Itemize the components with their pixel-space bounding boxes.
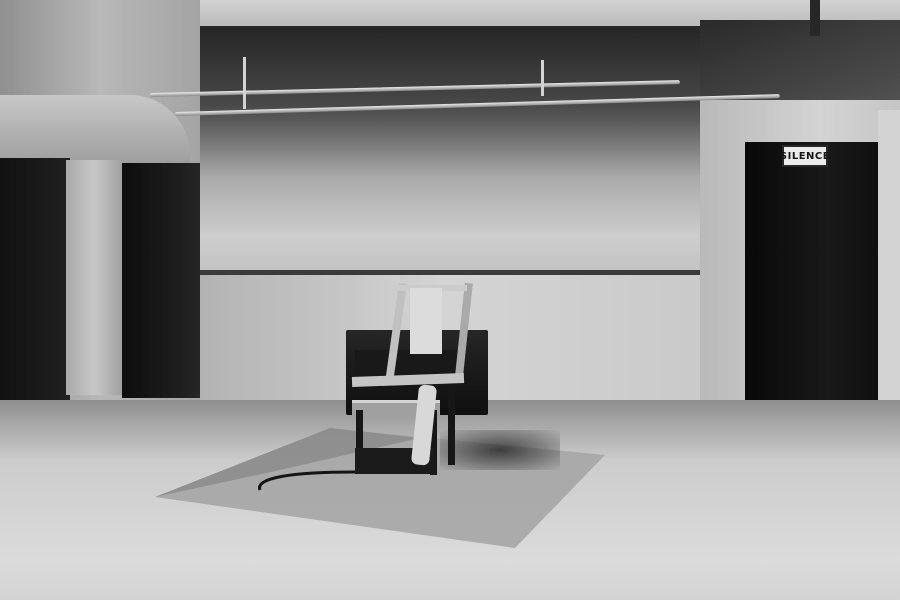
photo-scene: SILENCE xyxy=(0,0,900,600)
chair-back-panel xyxy=(410,288,442,354)
floor-mat xyxy=(0,0,900,600)
chair-shadow xyxy=(440,430,560,470)
chair-leg xyxy=(448,385,455,465)
